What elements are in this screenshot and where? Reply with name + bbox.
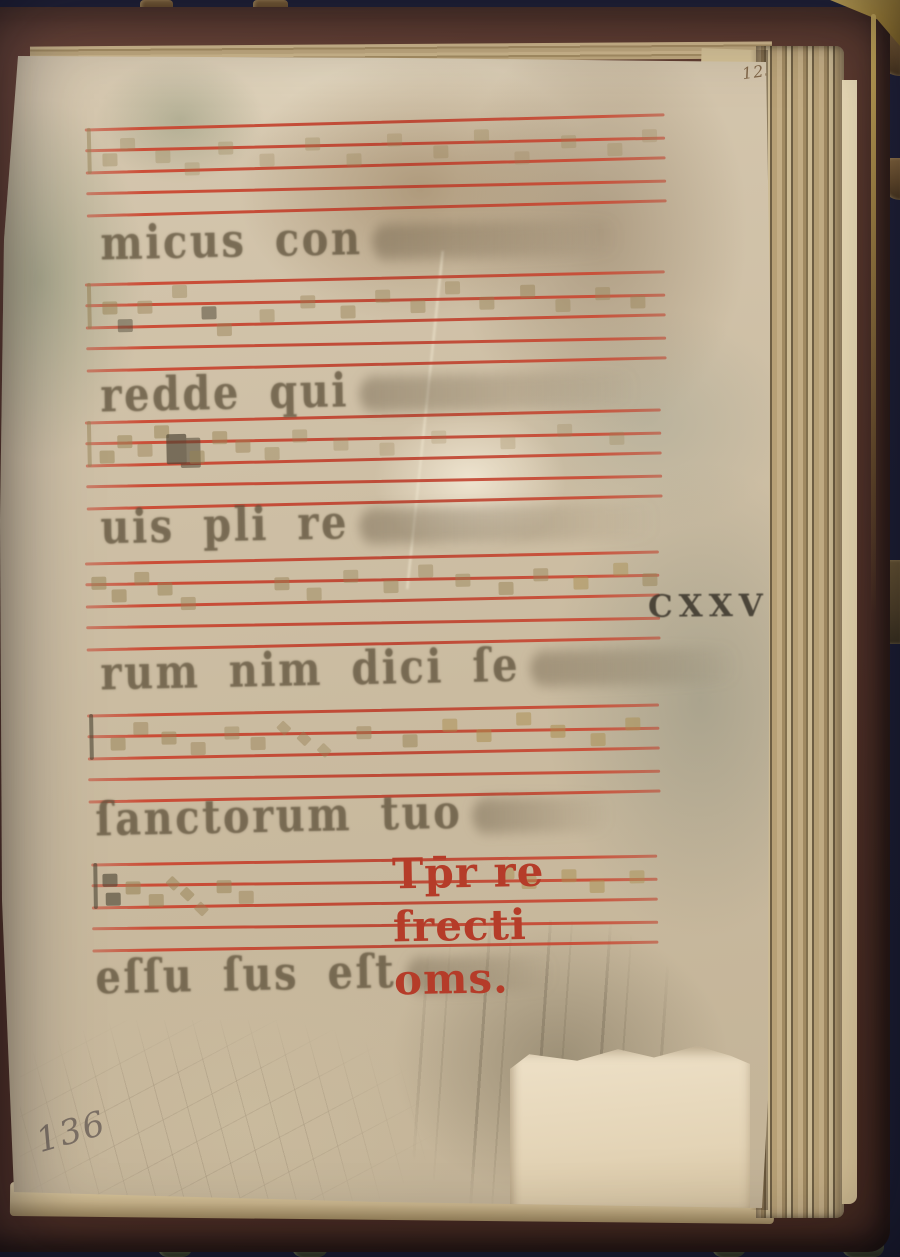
neume <box>111 589 126 602</box>
neume <box>216 323 231 336</box>
neume <box>300 295 315 308</box>
neume <box>356 726 371 739</box>
staff-line <box>88 747 660 761</box>
neume <box>333 437 348 450</box>
neume <box>642 573 657 586</box>
staff-line <box>86 616 660 628</box>
neume <box>179 886 194 901</box>
neume <box>573 576 588 589</box>
neume <box>379 442 394 455</box>
neume <box>180 596 195 609</box>
neume <box>103 873 118 886</box>
neume <box>148 894 163 907</box>
neume <box>157 582 172 595</box>
faded-text-smudge <box>359 503 659 545</box>
fore-edge-page-stack <box>756 46 844 1218</box>
neume <box>607 143 622 156</box>
chant-text-line: micus con <box>100 205 623 271</box>
neume <box>184 162 199 175</box>
neume <box>235 439 250 452</box>
neume <box>275 577 290 590</box>
neume <box>172 285 187 298</box>
neume <box>613 562 628 575</box>
fore-edge-highlight <box>842 80 857 1204</box>
neume <box>431 431 446 444</box>
neume <box>225 726 240 739</box>
neume <box>239 891 254 904</box>
neume <box>433 145 448 158</box>
neume <box>212 431 227 444</box>
neume <box>555 299 570 312</box>
neume <box>515 152 530 165</box>
neume <box>100 450 115 463</box>
neume <box>120 138 135 151</box>
neume <box>103 302 118 315</box>
neume <box>418 564 433 577</box>
chant-text-line: rum nim dici ſe <box>100 633 740 702</box>
chant-text-line: uis pli re <box>100 488 659 555</box>
neume <box>189 451 204 464</box>
red-rubric: Tp̄r re frecti oms. <box>392 845 547 1007</box>
neume <box>155 150 170 163</box>
neume <box>191 742 206 755</box>
neume <box>561 869 576 882</box>
neume <box>103 153 118 166</box>
neume <box>137 443 152 456</box>
neume <box>306 588 321 601</box>
faded-text-smudge <box>530 647 740 687</box>
staff-line <box>85 270 665 286</box>
staff-line <box>85 113 665 131</box>
neume <box>500 436 515 449</box>
neume <box>166 434 187 464</box>
neume <box>110 737 125 750</box>
neume <box>346 154 361 167</box>
staff-line <box>87 704 659 718</box>
neume <box>595 287 610 300</box>
neume <box>557 424 572 437</box>
neume <box>590 879 605 892</box>
neume <box>133 722 148 735</box>
chant-text: uis pli re <box>100 495 349 556</box>
neume <box>402 734 417 747</box>
rubric-line: oms. <box>393 951 546 1007</box>
neume <box>455 574 470 587</box>
staff-line <box>92 920 658 929</box>
neume <box>218 142 233 155</box>
neume <box>251 737 266 750</box>
neume <box>442 718 457 731</box>
neume <box>341 305 356 318</box>
parchment-page: micus conredde quiuis pli rerum nim dici… <box>0 0 900 1257</box>
neume <box>165 876 180 891</box>
neume <box>316 743 331 758</box>
faded-text-smudge <box>372 219 622 260</box>
chant-text: eſſu ſus eſt <box>95 944 397 1006</box>
neume <box>305 137 320 150</box>
neume <box>259 309 274 322</box>
neume <box>384 580 399 593</box>
chant-text-line: ſanctorum tuo <box>95 781 613 847</box>
neume <box>591 733 606 746</box>
neume <box>137 301 152 314</box>
neume <box>134 572 149 585</box>
staff-line <box>86 474 662 487</box>
neume <box>106 893 121 906</box>
faded-text-smudge <box>472 796 613 834</box>
clef-bar <box>89 714 94 760</box>
faded-text-smudge <box>359 371 639 412</box>
neume <box>264 447 279 460</box>
manuscript-photo: micus conredde quiuis pli rerum nim dici… <box>0 0 900 1257</box>
neume <box>117 435 132 448</box>
neume <box>201 306 216 319</box>
staff-line <box>92 898 658 909</box>
neume <box>125 882 140 895</box>
neume <box>499 582 514 595</box>
neume <box>480 296 495 309</box>
neume <box>343 570 358 583</box>
neume <box>630 295 645 308</box>
clef-bar <box>87 421 92 467</box>
gilt-edge-trim <box>871 14 876 614</box>
neume <box>375 290 390 303</box>
chant-text: micus con <box>100 211 363 272</box>
neume <box>216 880 231 893</box>
chant-text-line: redde qui <box>100 357 639 424</box>
staff-line <box>91 855 657 866</box>
rubric-line: frecti <box>393 898 546 954</box>
neume <box>410 300 425 313</box>
neume <box>533 568 548 581</box>
staff-line <box>86 313 666 329</box>
neume <box>629 870 644 883</box>
neume <box>520 284 535 297</box>
neume <box>118 319 133 332</box>
neume <box>387 133 402 146</box>
staff-line <box>86 336 666 349</box>
neume <box>194 901 209 916</box>
neume <box>561 135 576 148</box>
staff-line <box>86 593 660 608</box>
clef-bar <box>93 863 98 909</box>
rubric-line: Tp̄r re <box>392 845 545 901</box>
staff-line <box>86 156 666 174</box>
chant-text: ſanctorum tuo <box>95 784 463 847</box>
staff-line <box>88 769 660 780</box>
chant-text: redde qui <box>100 363 349 424</box>
neume <box>91 577 106 590</box>
neume <box>642 129 657 142</box>
neume <box>292 429 307 442</box>
neume <box>473 129 488 142</box>
clef-bar <box>87 283 92 329</box>
staff-line <box>85 136 665 151</box>
neume <box>445 282 460 295</box>
torn-corner-underleaf <box>510 1046 750 1210</box>
neume <box>609 431 624 444</box>
neume <box>162 732 177 745</box>
neume <box>625 717 640 730</box>
neume <box>551 725 566 738</box>
staff-line <box>86 179 666 194</box>
neume <box>516 713 531 726</box>
neume <box>476 728 491 741</box>
neume <box>259 153 274 166</box>
chant-text: rum nim dici ſe <box>100 637 520 701</box>
